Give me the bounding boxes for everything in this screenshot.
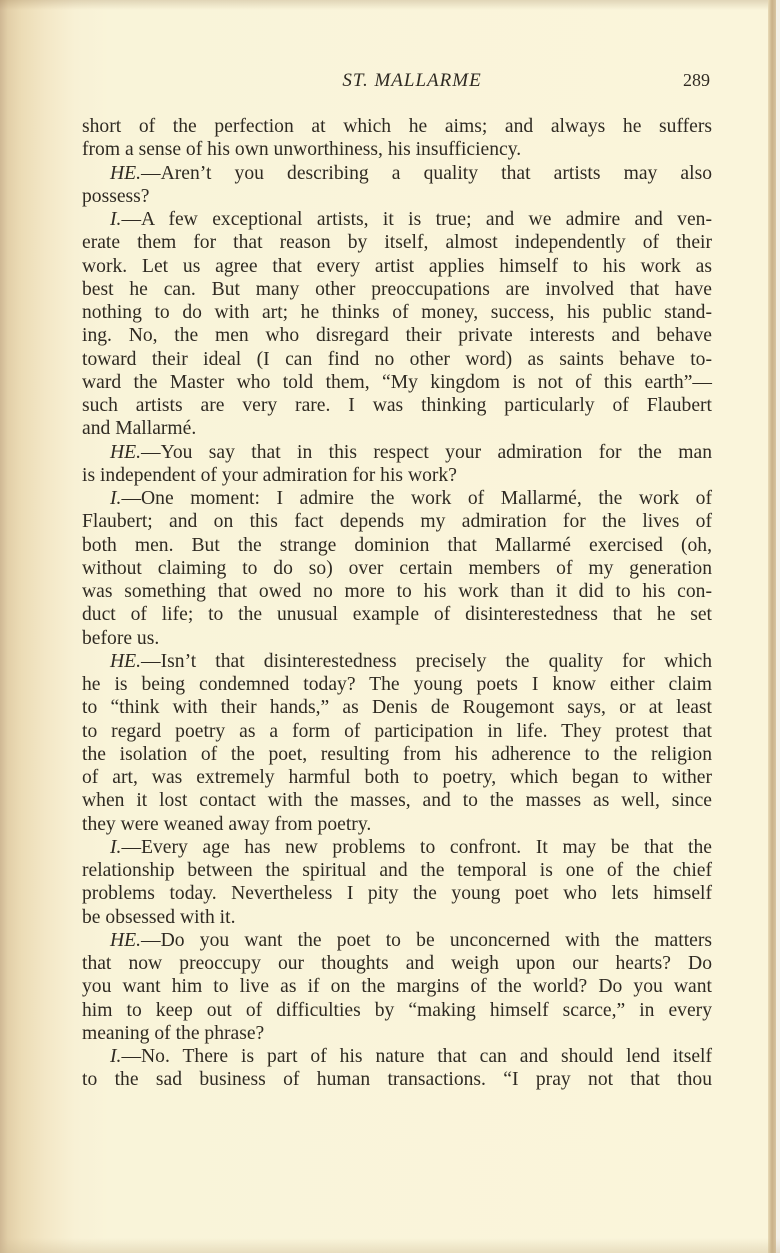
line-text: they were weaned away from poetry.: [82, 814, 371, 835]
line-text: was something that owed no more to his w…: [82, 581, 712, 602]
text-line: such artists are very rare. I was thinki…: [82, 394, 712, 417]
speaker-label: I.: [110, 488, 121, 509]
text-line: meaning of the phrase?: [82, 1022, 712, 1045]
text-line: is independent of your admiration for hi…: [82, 464, 712, 487]
page-number: 289: [683, 70, 710, 91]
text-line: was something that owed no more to his w…: [82, 580, 712, 603]
line-text: both men. But the strange dominion that …: [82, 535, 712, 556]
text-line: without claiming to do so) over certain …: [82, 557, 712, 580]
text-line: when it lost contact with the masses, an…: [82, 789, 712, 812]
text-line: I.—No. There is part of his nature that …: [82, 1045, 712, 1068]
text-line: both men. But the strange dominion that …: [82, 534, 712, 557]
line-text: possess?: [82, 186, 150, 207]
text-line: that now preoccupy our thoughts and weig…: [82, 952, 712, 975]
line-text: —Aren’t you describing a quality that ar…: [141, 163, 712, 184]
text-line: him to keep out of difficulties by “maki…: [82, 999, 712, 1022]
line-text: relationship between the spiritual and t…: [82, 860, 712, 881]
text-line: work. Let us agree that every artist app…: [82, 255, 712, 278]
line-text: —A few exceptional artists, it is true; …: [121, 209, 712, 230]
text-line: HE.—Do you want the poet to be unconcern…: [82, 929, 712, 952]
speaker-label: I.: [110, 1046, 121, 1067]
line-text: him to keep out of difficulties by “maki…: [82, 1000, 712, 1021]
text-line: duct of life; to the unusual example of …: [82, 603, 712, 626]
bottom-shadow: [0, 1238, 780, 1253]
text-line: before us.: [82, 627, 712, 650]
scan-margin: [776, 0, 780, 1253]
speaker-label: I.: [110, 209, 121, 230]
text-line: Flaubert; and on this fact depends my ad…: [82, 510, 712, 533]
line-text: erate them for that reason by itself, al…: [82, 232, 712, 253]
line-text: to regard poetry as a form of participat…: [82, 721, 712, 742]
line-text: —You say that in this respect your admir…: [141, 442, 712, 463]
text-line: possess?: [82, 185, 712, 208]
line-text: you want him to live as if on the margin…: [82, 976, 712, 997]
line-text: such artists are very rare. I was thinki…: [82, 395, 712, 416]
text-line: the isolation of the poet, resulting fro…: [82, 743, 712, 766]
line-text: toward their ideal (I can find no other …: [82, 349, 712, 370]
text-line: he is being condemned today? The young p…: [82, 673, 712, 696]
text-line: I.—A few exceptional artists, it is true…: [82, 208, 712, 231]
line-text: he is being condemned today? The young p…: [82, 674, 712, 695]
line-text: work. Let us agree that every artist app…: [82, 256, 712, 277]
line-text: —No. There is part of his nature that ca…: [121, 1046, 712, 1067]
line-text: of art, was extremely harmful both to po…: [82, 767, 712, 788]
line-text: from a sense of his own unworthiness, hi…: [82, 139, 521, 160]
text-line: they were weaned away from poetry.: [82, 813, 712, 836]
text-line: to “think with their hands,” as Denis de…: [82, 696, 712, 719]
body-text: short of the perfection at which he aims…: [82, 115, 712, 1092]
line-text: —One moment: I admire the work of Mallar…: [121, 488, 712, 509]
text-line: of art, was extremely harmful both to po…: [82, 766, 712, 789]
line-text: meaning of the phrase?: [82, 1023, 264, 1044]
line-text: is independent of your admiration for hi…: [82, 465, 457, 486]
line-text: that now preoccupy our thoughts and weig…: [82, 953, 712, 974]
line-text: before us.: [82, 628, 159, 649]
line-text: to “think with their hands,” as Denis de…: [82, 697, 712, 718]
text-line: to the sad business of human transaction…: [82, 1068, 712, 1091]
text-line: ward the Master who told them, “My kingd…: [82, 371, 712, 394]
line-text: ward the Master who told them, “My kingd…: [82, 372, 712, 393]
text-line: I.—One moment: I admire the work of Mall…: [82, 487, 712, 510]
line-text: be obsessed with it.: [82, 907, 235, 928]
text-line: HE.—You say that in this respect your ad…: [82, 441, 712, 464]
speaker-label: HE.: [110, 651, 141, 672]
text-line: and Mallarmé.: [82, 417, 712, 440]
page-edge: [768, 0, 776, 1253]
line-text: short of the perfection at which he aims…: [82, 116, 712, 137]
line-text: Flaubert; and on this fact depends my ad…: [82, 511, 712, 532]
top-shadow: [0, 0, 780, 10]
line-text: best he can. But many other preoccupatio…: [82, 279, 712, 300]
line-text: ing. No, the men who disregard their pri…: [82, 325, 712, 346]
line-text: without claiming to do so) over certain …: [82, 558, 712, 579]
running-head: ST. MALLARME 289: [82, 67, 712, 97]
line-text: —Do you want the poet to be unconcerned …: [141, 930, 712, 951]
speaker-label: HE.: [110, 930, 141, 951]
text-line: I.—Every age has new problems to confron…: [82, 836, 712, 859]
text-line: HE.—Aren’t you describing a quality that…: [82, 162, 712, 185]
speaker-label: I.: [110, 837, 121, 858]
speaker-label: HE.: [110, 442, 141, 463]
text-line: problems today. Nevertheless I pity the …: [82, 882, 712, 905]
text-line: to regard poetry as a form of participat…: [82, 720, 712, 743]
line-text: when it lost contact with the masses, an…: [82, 790, 712, 811]
text-line: ing. No, the men who disregard their pri…: [82, 324, 712, 347]
text-line: erate them for that reason by itself, al…: [82, 231, 712, 254]
text-line: you want him to live as if on the margin…: [82, 975, 712, 998]
line-text: —Every age has new problems to confront.…: [121, 837, 712, 858]
text-line: HE.—Isn’t that disinterestedness precise…: [82, 650, 712, 673]
text-line: be obsessed with it.: [82, 906, 712, 929]
line-text: and Mallarmé.: [82, 418, 196, 439]
speaker-label: HE.: [110, 163, 141, 184]
line-text: the isolation of the poet, resulting fro…: [82, 744, 712, 765]
text-line: nothing to do with art; he thinks of mon…: [82, 301, 712, 324]
text-line: toward their ideal (I can find no other …: [82, 348, 712, 371]
text-line: short of the perfection at which he aims…: [82, 115, 712, 138]
text-line: relationship between the spiritual and t…: [82, 859, 712, 882]
line-text: nothing to do with art; he thinks of mon…: [82, 302, 712, 323]
text-line: best he can. But many other preoccupatio…: [82, 278, 712, 301]
line-text: problems today. Nevertheless I pity the …: [82, 883, 712, 904]
line-text: to the sad business of human transaction…: [82, 1069, 712, 1090]
line-text: —Isn’t that disinterestedness precisely …: [141, 651, 712, 672]
running-head-title: ST. MALLARME: [82, 70, 712, 92]
text-line: from a sense of his own unworthiness, hi…: [82, 138, 712, 161]
line-text: duct of life; to the unusual example of …: [82, 604, 712, 625]
